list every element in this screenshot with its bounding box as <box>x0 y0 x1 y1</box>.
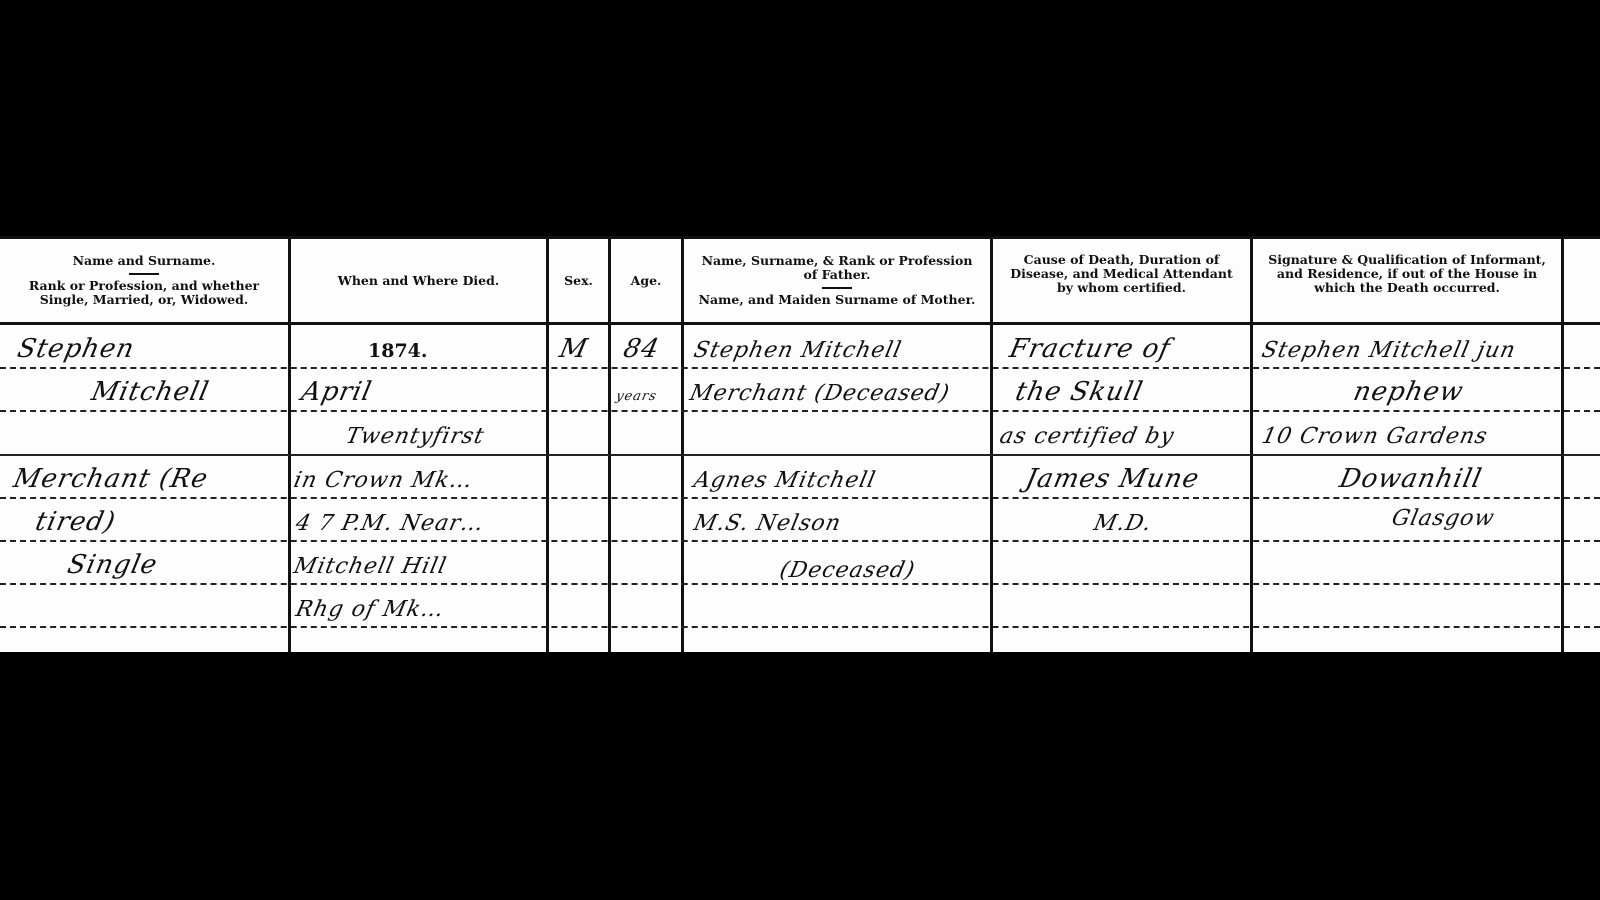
entry-informant-address-2: Dowanhill <box>1337 464 1485 494</box>
row-rule <box>0 410 1600 412</box>
entry-doctor-title: M.D. <box>1091 509 1155 539</box>
header-bottom-border <box>0 322 1600 325</box>
header-cause-line3: by whom certified. <box>1057 281 1186 295</box>
header-cause-line1: Cause of Death, Duration of <box>1024 253 1220 267</box>
top-black-band <box>0 0 1600 236</box>
entry-place-2: 4 7 P.M. Near… <box>293 509 487 539</box>
header-cause: Cause of Death, Duration of Disease, and… <box>993 239 1250 322</box>
death-register-page: Name and Surname. Rank or Profession, an… <box>0 236 1600 652</box>
entry-doctor-name: James Mune <box>1023 464 1202 494</box>
header-mother-label: Name, and Maiden Surname of Mother. <box>699 293 976 307</box>
header-informant: Signature & Qualification of Informant, … <box>1253 239 1561 322</box>
entry-cause-2: the Skull <box>1013 377 1146 407</box>
entry-rank-1: Merchant (Re <box>11 464 211 494</box>
entry-first-name: Stephen <box>15 334 138 364</box>
header-father-label: Name, Surname, & Rank or Profession <box>702 254 973 268</box>
entry-father-name: Stephen Mitchell <box>691 336 905 366</box>
row-rule <box>0 367 1600 369</box>
entry-surname: Mitchell <box>89 377 212 407</box>
entry-place-4: Rhg of Mk… <box>293 595 447 625</box>
entry-month: April <box>299 377 375 407</box>
entry-marital-status: Single <box>65 550 161 580</box>
entry-informant-name: Stephen Mitchell jun <box>1259 336 1519 366</box>
header-cause-line2: Disease, and Medical Attendant <box>1010 267 1233 281</box>
header-when-where-label: When and Where Died. <box>338 274 499 288</box>
header-name-status: Single, Married, or, Widowed. <box>40 293 248 307</box>
entry-mother-maiden-name: M.S. Nelson <box>691 509 844 539</box>
header-age-label: Age. <box>631 274 662 288</box>
entry-year: 1874. <box>368 340 428 362</box>
header-father-label-2: of Father. <box>804 268 871 282</box>
bottom-black-band <box>0 652 1600 900</box>
entry-rank-2: tired) <box>33 507 119 537</box>
entry-day: Twentyfirst <box>343 422 487 452</box>
entry-certified-by: as certified by <box>997 422 1177 452</box>
header-separator <box>129 273 159 275</box>
row-rule <box>0 497 1600 499</box>
entry-informant-address-3: Glasgow <box>1389 504 1498 534</box>
header-age: Age. <box>611 239 681 322</box>
header-parents: Name, Surname, & Rank or Profession of F… <box>684 239 990 322</box>
header-informant-line3: which the Death occurred. <box>1314 281 1500 295</box>
entry-place-1: in Crown Mk… <box>291 466 476 496</box>
header-informant-line2: and Residence, if out of the House in <box>1277 267 1537 281</box>
entry-sex: M <box>557 334 591 364</box>
row-rule <box>0 454 1600 456</box>
header-informant-line1: Signature & Qualification of Informant, <box>1268 253 1546 267</box>
entry-informant-address-1: 10 Crown Gardens <box>1259 422 1491 452</box>
entry-cause-1: Fracture of <box>1007 334 1173 364</box>
row-rule <box>0 626 1600 628</box>
entry-father-rank: Merchant (Deceased) <box>687 379 953 409</box>
header-sex-label: Sex. <box>564 274 593 288</box>
header-name-rank: Rank or Profession, and whether <box>29 279 259 293</box>
header-when-where: When and Where Died. <box>291 239 546 322</box>
column-divider <box>1561 236 1564 652</box>
entry-place-3: Mitchell Hill <box>291 552 450 582</box>
entry-mother-name: Agnes Mitchell <box>691 466 879 496</box>
header-sex: Sex. <box>549 239 608 322</box>
header-name-title: Name and Surname. <box>73 254 216 268</box>
entry-mother-status: (Deceased) <box>777 556 918 586</box>
header-separator <box>822 287 852 289</box>
entry-age-unit: years <box>613 382 660 412</box>
entry-informant-relation: nephew <box>1351 377 1467 407</box>
row-rule <box>0 540 1600 542</box>
entry-age: 84 <box>621 334 662 364</box>
header-name: Name and Surname. Rank or Profession, an… <box>0 239 288 322</box>
